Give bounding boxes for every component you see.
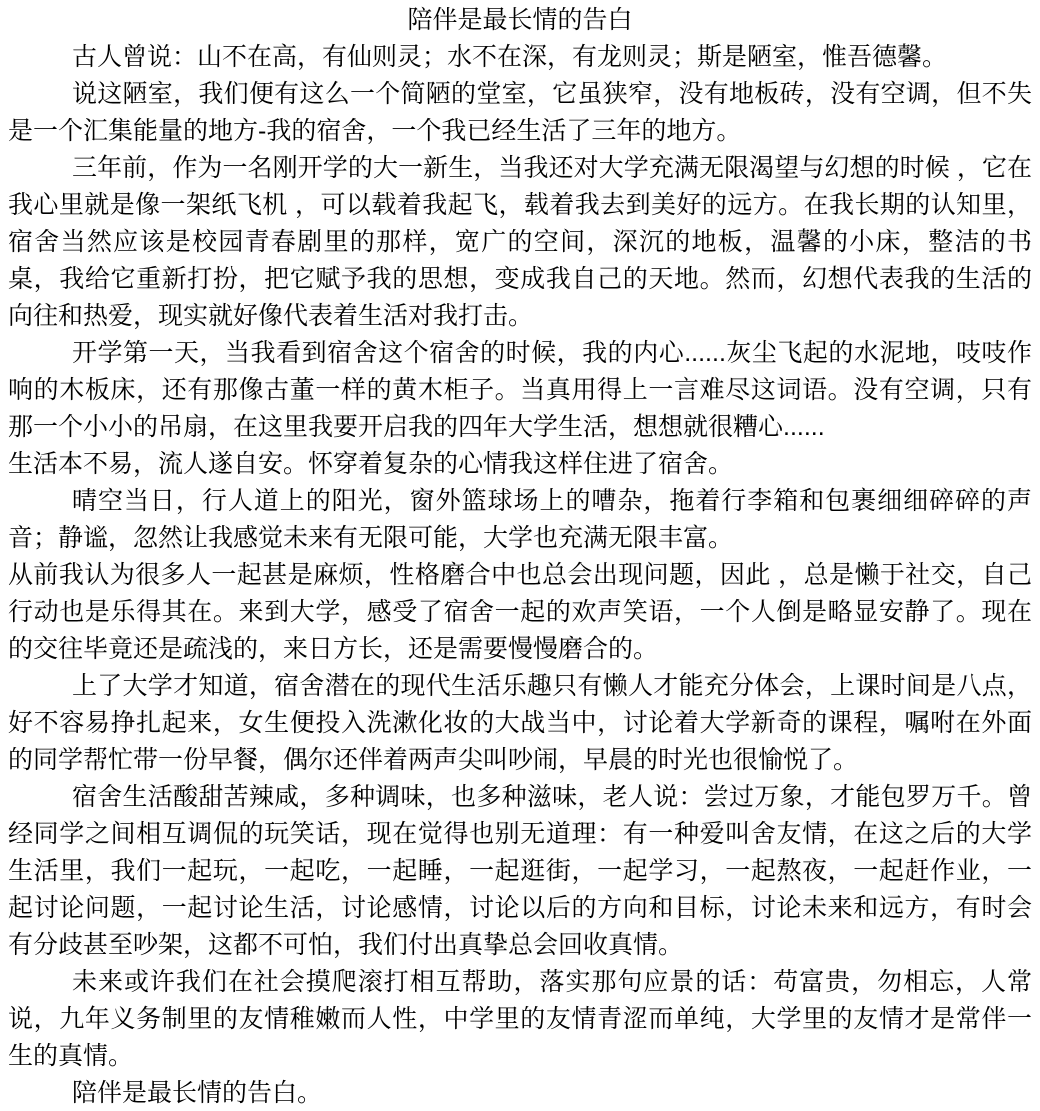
document-title: 陪伴是最长情的告白 xyxy=(8,2,1032,39)
paragraph-life-not-easy: 生活本不易，流人遂自安。怀穿着复杂的心情我这样住进了宿舍。 xyxy=(8,446,1032,483)
paragraph-first-day: 开学第一天，当我看到宿舍这个宿舍的时候，我的内心......灰尘飞起的水泥地，吱… xyxy=(8,335,1032,446)
paragraph-dorm-intro: 说这陋室，我们便有这么一个简陋的堂室，它虽狭窄，没有地板砖，没有空调，但不失是一… xyxy=(8,76,1032,150)
paragraph-three-years-ago: 三年前，作为一名刚开学的大一新生，当我还对大学充满无限渴望与幻想的时候 ，它在我… xyxy=(8,150,1032,335)
paragraph-dorm-fun: 上了大学才知道，宿舍潜在的现代生活乐趣只有懒人才能充分体会，上课时间是八点，好不… xyxy=(8,668,1032,779)
document-page: 陪伴是最长情的告白 古人曾说：山不在高，有仙则灵；水不在深，有龙则灵；斯是陋室，… xyxy=(0,0,1040,1111)
paragraph-sunny-day: 晴空当日，行人道上的阳光，窗外篮球场上的嘈杂，拖着行李箱和包裹细细碎碎的声音；静… xyxy=(8,483,1032,557)
paragraph-social-thoughts: 从前我认为很多人一起甚是麻烦，性格磨合中也总会出现问题，因此 ，总是懒于社交，自… xyxy=(8,557,1032,668)
paragraph-closing: 陪伴是最长情的告白。 xyxy=(8,1075,1032,1111)
paragraph-dorm-flavors: 宿舍生活酸甜苦辣咸，多种调味，也多种滋味，老人说：尝过万象，才能包罗万千。曾经同… xyxy=(8,779,1032,964)
paragraph-quote: 古人曾说：山不在高，有仙则灵；水不在深，有龙则灵；斯是陋室，惟吾德馨。 xyxy=(8,39,1032,76)
paragraph-future: 未来或许我们在社会摸爬滚打相互帮助，落实那句应景的话：苟富贵，勿相忘，人常说，九… xyxy=(8,964,1032,1075)
